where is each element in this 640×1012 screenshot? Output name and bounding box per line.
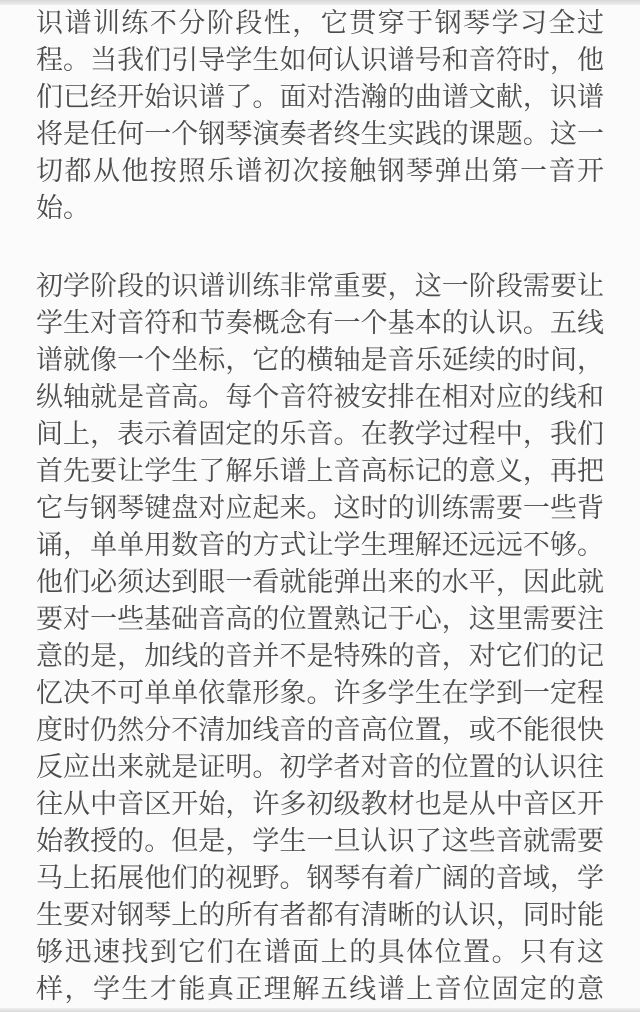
bottom-edge-divider (0, 1008, 640, 1012)
article-paragraph-1: 识谱训练不分阶段性，它贯穿于钢琴学习全过程。当我们引导学生如何认识谱号和音符时，… (36, 5, 604, 227)
article-paragraph-2: 初学阶段的识谱训练非常重要，这一阶段需要让学生对音符和节奏概念有一个基本的认识。… (36, 268, 604, 1008)
article-body: 识谱训练不分阶段性，它贯穿于钢琴学习全过程。当我们引导学生如何认识谱号和音符时，… (36, 5, 604, 1008)
reading-page: 识谱训练不分阶段性，它贯穿于钢琴学习全过程。当我们引导学生如何认识谱号和音符时，… (0, 0, 640, 1012)
